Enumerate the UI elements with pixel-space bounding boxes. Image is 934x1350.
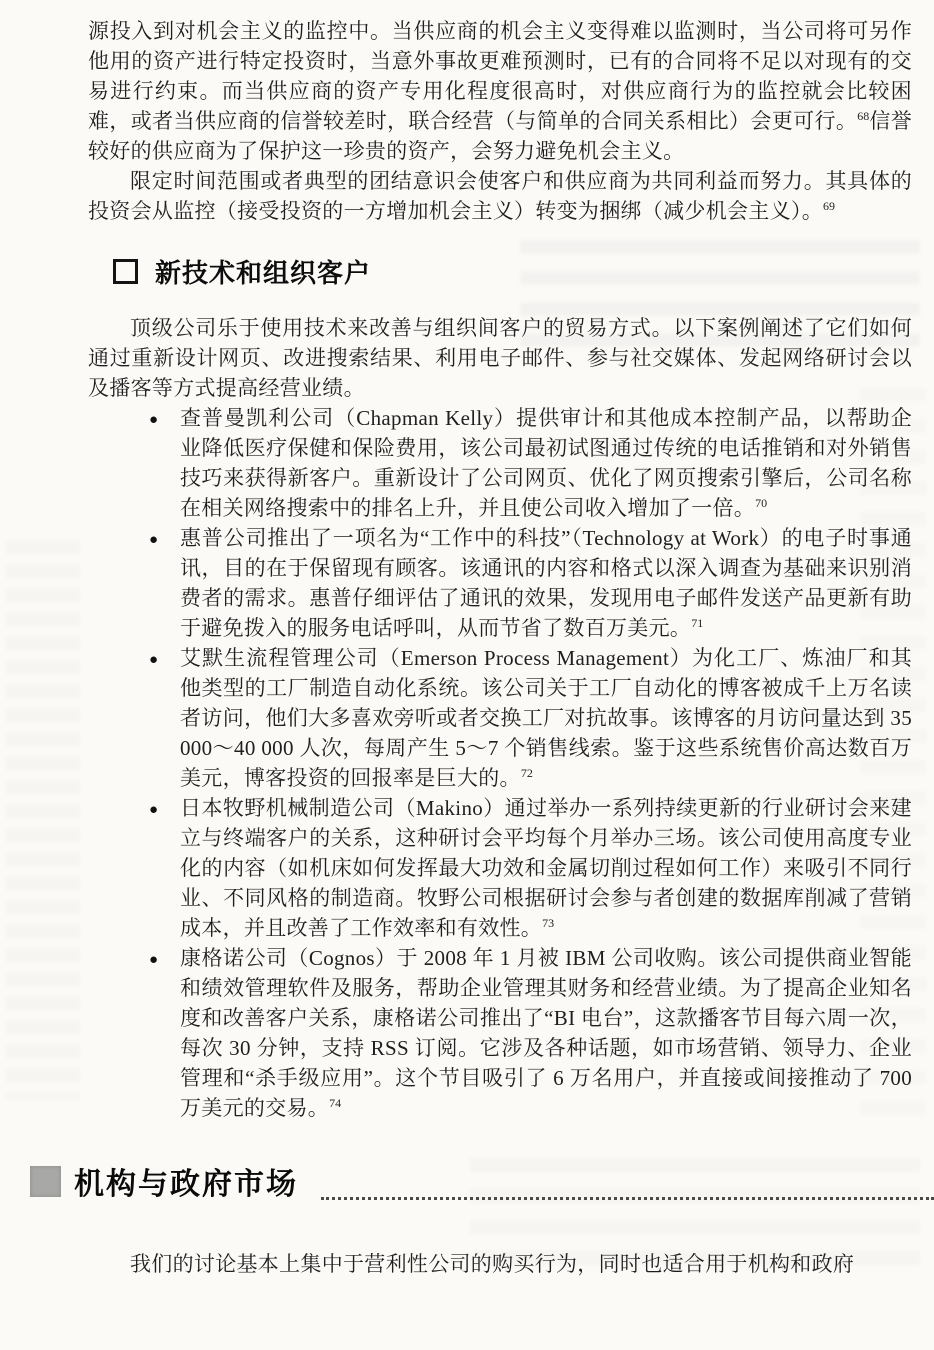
paragraph-closing: 我们的讨论基本上集中于营利性公司的购买行为，同时也适合用于机构和政府 <box>88 1249 912 1279</box>
bullet-icon: ● <box>149 795 158 825</box>
paragraph-intro: 顶级公司乐于使用技术来改善与组织间客户的贸易方式。以下案例阐述了它们如何通过重新… <box>88 313 912 403</box>
dotted-rule <box>321 1197 934 1200</box>
page-bleed-through <box>6 540 80 1100</box>
case-text: 日本牧野机械制造公司（Makino）通过举办一系列持续更新的行业研讨会来建立与终… <box>180 793 912 943</box>
main-header-label: 机构与政府市场 <box>74 1159 298 1203</box>
case-item: ●日本牧野机械制造公司（Makino）通过举办一系列持续更新的行业研讨会来建立与… <box>180 793 912 943</box>
case-text: 查普曼凯利公司（Chapman Kelly）提供审计和其他成本控制产品，以帮助企… <box>180 403 912 523</box>
case-item: ●惠普公司推出了一项名为“工作中的科技”（Technology at Work）… <box>180 523 912 643</box>
outline-square-icon <box>113 259 138 284</box>
bullet-icon: ● <box>149 525 158 555</box>
bullet-icon: ● <box>149 405 158 435</box>
footnote-ref: 69 <box>823 199 835 213</box>
case-text: 艾默生流程管理公司（Emerson Process Management）为化工… <box>180 643 912 793</box>
case-item: ●康格诺公司（Cognos）于 2008 年 1 月被 IBM 公司收购。该公司… <box>180 943 912 1123</box>
text-column: 源投入到对机会主义的监控中。当供应商的机会主义变得难以监测时，当公司将可另作他用… <box>88 16 912 1279</box>
case-text: 惠普公司推出了一项名为“工作中的科技”（Technology at Work）的… <box>180 523 912 643</box>
filled-square-icon <box>30 1166 61 1197</box>
footnote-ref: 74 <box>329 1096 341 1110</box>
book-page: 源投入到对机会主义的监控中。当供应商的机会主义变得难以监测时，当公司将可另作他用… <box>0 0 934 1350</box>
case-text: 康格诺公司（Cognos）于 2008 年 1 月被 IBM 公司收购。该公司提… <box>180 943 912 1123</box>
bullet-icon: ● <box>149 645 158 675</box>
section-header-new-tech: 新技术和组织客户 <box>113 253 912 289</box>
section-header-institutional: 机构与政府市场 <box>30 1159 912 1203</box>
paragraph-solidarity: 限定时间范围或者典型的团结意识会使客户和供应商为共同利益而努力。其具体的投资会从… <box>88 166 912 226</box>
footnote-ref: 68 <box>857 109 869 123</box>
footnote-ref: 73 <box>542 916 554 930</box>
case-item: ●查普曼凯利公司（Chapman Kelly）提供审计和其他成本控制产品，以帮助… <box>180 403 912 523</box>
footnote-ref: 72 <box>521 766 533 780</box>
footnote-ref: 71 <box>691 616 703 630</box>
footnote-ref: 70 <box>755 496 767 510</box>
paragraph-opportunism: 源投入到对机会主义的监控中。当供应商的机会主义变得难以监测时，当公司将可另作他用… <box>88 16 912 166</box>
case-item: ●艾默生流程管理公司（Emerson Process Management）为化… <box>180 643 912 793</box>
bullet-icon: ● <box>149 945 158 975</box>
section-header-label: 新技术和组织客户 <box>155 253 371 290</box>
case-list: ●查普曼凯利公司（Chapman Kelly）提供审计和其他成本控制产品，以帮助… <box>88 403 912 1123</box>
